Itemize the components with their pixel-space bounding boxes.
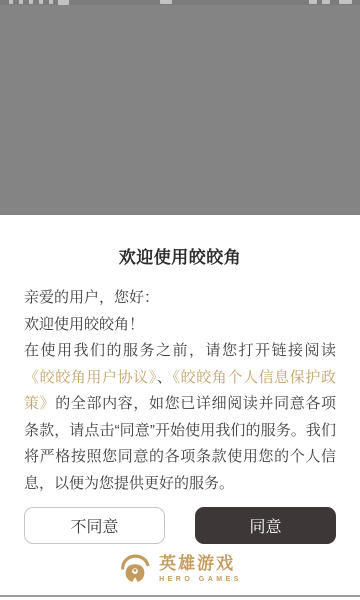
signal-icon <box>322 0 330 4</box>
welcome-text: 欢迎使用皎皎角！ <box>24 316 144 333</box>
status-bar-remnant <box>29 0 33 4</box>
status-bar-remnant <box>58 0 69 5</box>
brand-text: 英雄游戏 HERO GAMES <box>159 554 242 584</box>
body-rest-text: 的全部内容，如您已详细阅读并同意各项条款，请点击“同意”开始使用我们的服务。我们… <box>24 395 336 492</box>
battery-icon <box>339 0 352 4</box>
intro-text: 在使用我们的服务之前，请您打开链接阅读 <box>24 342 336 359</box>
consent-dialog: 欢迎使用皎皎角 亲爱的用户，您好：欢迎使用皎皎角！在使用我们的服务之前，请您打开… <box>0 215 360 600</box>
dialog-actions: 不同意 同意 <box>24 507 336 544</box>
wifi-icon <box>309 0 317 4</box>
agree-button[interactable]: 同意 <box>195 507 336 544</box>
status-bar-remnant <box>19 0 23 4</box>
status-bar-remnant <box>39 0 43 4</box>
dim-overlay <box>0 0 360 215</box>
disagree-button[interactable]: 不同意 <box>24 507 165 544</box>
status-bar-remnant <box>9 0 13 4</box>
bottom-divider <box>0 595 360 597</box>
helmet-icon <box>118 552 152 586</box>
user-agreement-link[interactable]: 《皎皎角用户协议》 <box>24 369 157 386</box>
brand-name: 英雄游戏 <box>159 554 242 573</box>
status-bar <box>0 0 360 5</box>
app-screen: 欢迎使用皎皎角 亲爱的用户，您好：欢迎使用皎皎角！在使用我们的服务之前，请您打开… <box>0 0 360 600</box>
brand-subtitle: HERO GAMES <box>159 575 242 584</box>
greeting-text: 亲爱的用户，您好： <box>24 289 159 306</box>
link-separator: 、 <box>157 369 173 386</box>
status-bar-remnant <box>49 0 53 4</box>
dialog-body: 亲爱的用户，您好：欢迎使用皎皎角！在使用我们的服务之前，请您打开链接阅读《皎皎角… <box>24 285 336 497</box>
dialog-title: 欢迎使用皎皎角 <box>0 243 360 268</box>
hero-games-logo: 英雄游戏 HERO GAMES <box>0 552 360 586</box>
status-bar-remnant <box>160 0 172 4</box>
